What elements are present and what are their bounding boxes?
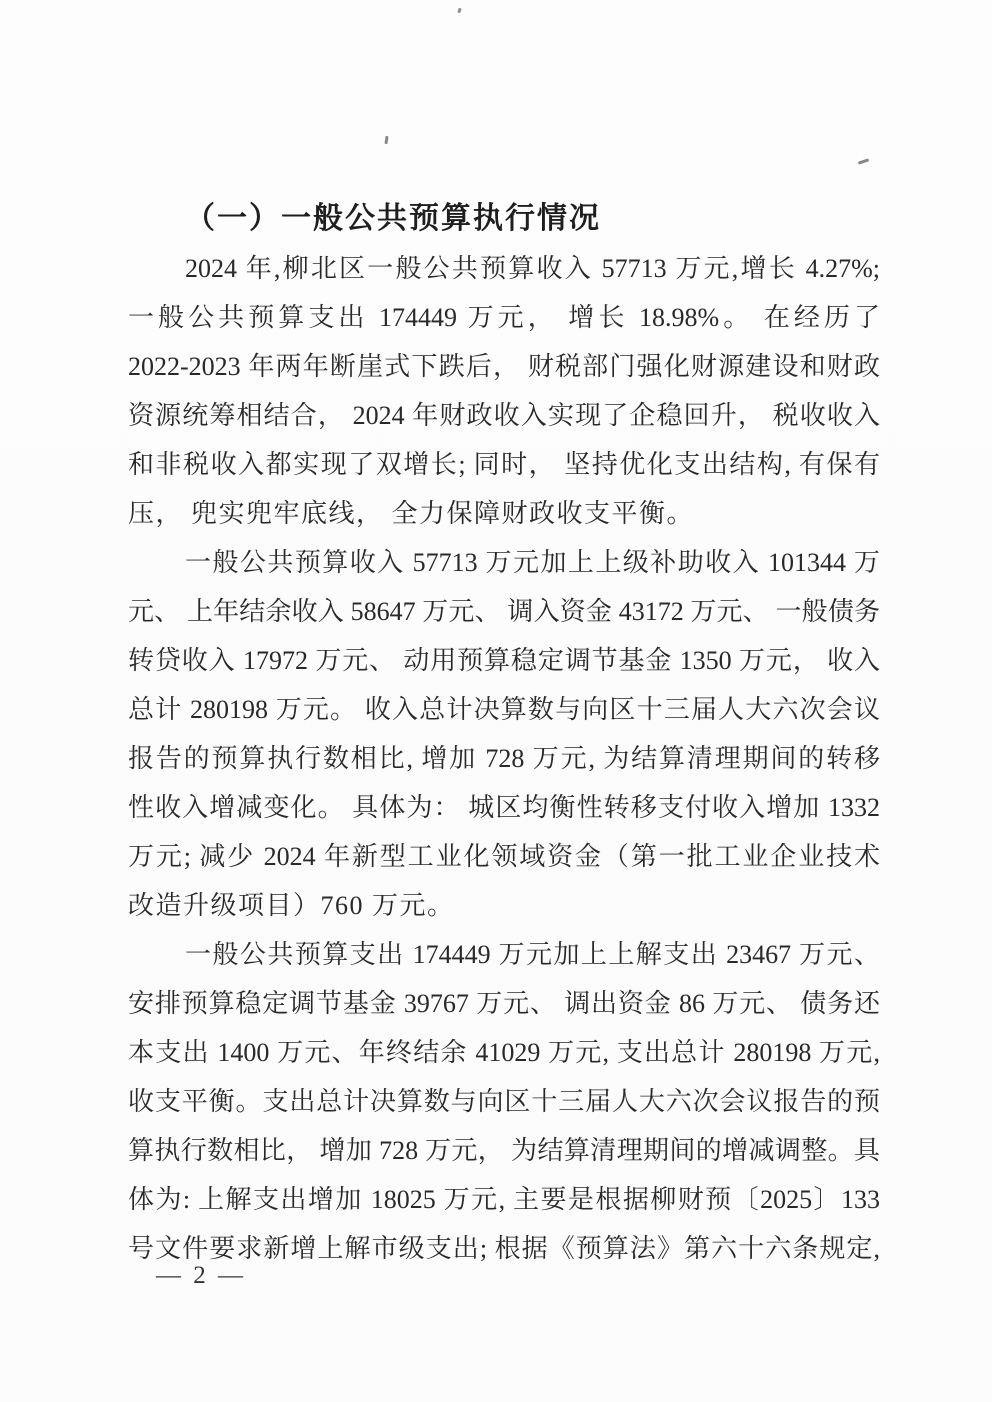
text-line: 一般公共预算支出 174449 万元加上上解支出 23467 万元、 bbox=[128, 930, 880, 979]
text-line: 一般公共预算收入 57713 万元加上上级补助收入 101344 万 bbox=[128, 538, 880, 587]
scan-speck bbox=[858, 158, 869, 164]
text-line: 总计 280198 万元。 收入总计决算数与向区十三届人大六次会议 bbox=[128, 685, 880, 734]
document-page: （一）一般公共预算执行情况 2024 年,柳北区一般公共预算收入 57713 万… bbox=[0, 0, 992, 1402]
text-line: 一般公共预算支出 174449 万元， 增长 18.98%。 在经历了 bbox=[128, 293, 880, 342]
text-line: 压， 兜实兜牢底线， 全力保障财政收支平衡。 bbox=[128, 489, 880, 538]
text-line: 2024 年,柳北区一般公共预算收入 57713 万元,增长 4.27%; bbox=[128, 244, 880, 293]
section-heading: （一）一般公共预算执行情况 bbox=[128, 194, 880, 244]
page-number: — 2 — bbox=[156, 1262, 246, 1290]
document-body: （一）一般公共预算执行情况 2024 年,柳北区一般公共预算收入 57713 万… bbox=[128, 194, 880, 1273]
text-line: 收支平衡。支出总计决算数与向区十三届人大六次会议报告的预 bbox=[128, 1077, 880, 1126]
text-line: 和非税收入都实现了双增长; 同时， 坚持优化支出结构, 有保有 bbox=[128, 440, 880, 489]
text-line: 体为: 上解支出增加 18025 万元, 主要是根据柳财预〔2025〕133 bbox=[128, 1175, 880, 1224]
scan-speck bbox=[457, 8, 462, 14]
text-line: 转贷收入 17972 万元、 动用预算稳定调节基金 1350 万元， 收入 bbox=[128, 636, 880, 685]
text-line: 性收入增减变化。 具体为： 城区均衡性转移支付收入增加 1332 bbox=[128, 783, 880, 832]
text-line: 2022-2023 年两年断崖式下跌后， 财税部门强化财源建设和财政 bbox=[128, 342, 880, 391]
text-line: 本支出 1400 万元、年终结余 41029 万元, 支出总计 280198 万… bbox=[128, 1028, 880, 1077]
text-line: 报告的预算执行数相比, 增加 728 万元, 为结算清理期间的转移 bbox=[128, 734, 880, 783]
text-line: 安排预算稳定调节基金 39767 万元、 调出资金 86 万元、 债务还 bbox=[128, 979, 880, 1028]
text-line: 改造升级项目）760 万元。 bbox=[128, 881, 880, 930]
text-line: 算执行数相比， 增加 728 万元， 为结算清理期间的增减调整。具 bbox=[128, 1126, 880, 1175]
text-line: 万元; 减少 2024 年新型工业化领域资金（第一批工业企业技术 bbox=[128, 832, 880, 881]
text-line: 元、 上年结余收入 58647 万元、 调入资金 43172 万元、 一般债务 bbox=[128, 587, 880, 636]
scan-speck bbox=[384, 136, 388, 144]
text-line: 资源统筹相结合， 2024 年财政收入实现了企稳回升， 税收收入 bbox=[128, 391, 880, 440]
